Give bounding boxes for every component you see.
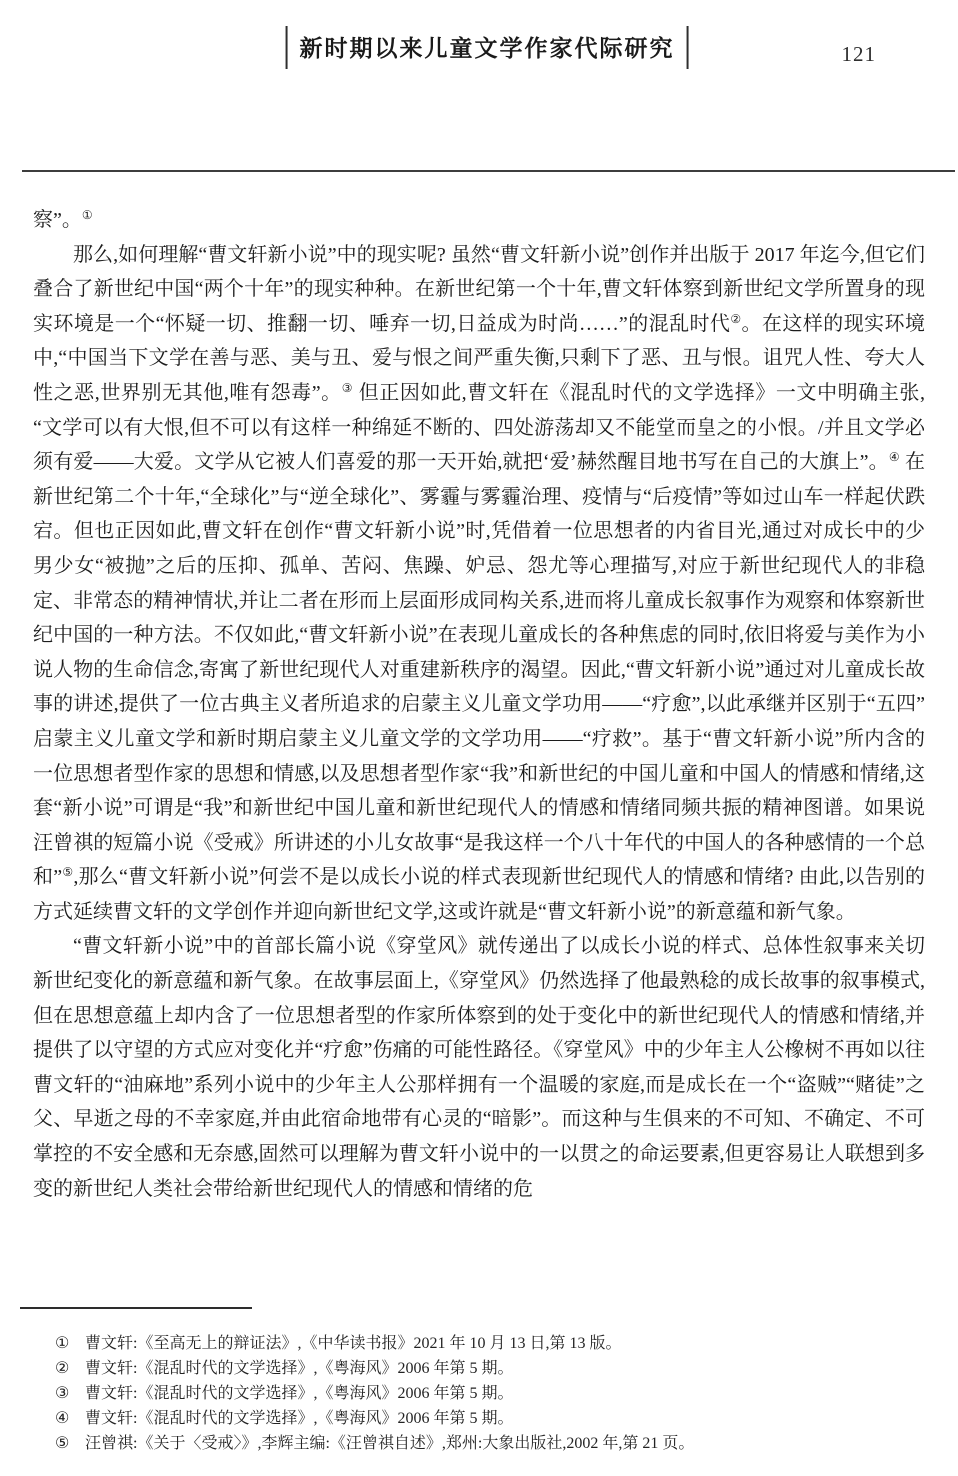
footnote-marker: ② <box>55 1356 85 1381</box>
footnote-ref: ④ <box>889 450 900 464</box>
footnote-marker: ⑤ <box>55 1431 85 1456</box>
text-segment: 察”。 <box>33 209 82 231</box>
scanned-journal-page: { "header": { "title": "新时期以来儿童文学作家代际研究"… <box>0 0 958 1476</box>
footnote-marker: ④ <box>55 1406 85 1431</box>
footnote-text: 曹文轩:《至高无上的辩证法》,《中华读书报》2021 年 10 月 13 日,第… <box>85 1331 925 1356</box>
footnote-text: 曹文轩:《混乱时代的文学选择》,《粤海风》2006 年第 5 期。 <box>85 1356 925 1381</box>
paragraph: “曹文轩新小说”中的首部长篇小说《穿堂风》就传递出了以成长小说的样式、总体性叙事… <box>33 929 925 1206</box>
text-segment: “曹文轩新小说”中的首部长篇小说《穿堂风》就传递出了以成长小说的样式、总体性叙事… <box>33 935 925 1199</box>
footnote-list: ①曹文轩:《至高无上的辩证法》,《中华读书报》2021 年 10 月 13 日,… <box>20 1331 925 1456</box>
footnote-ref: ⑤ <box>62 865 73 879</box>
footnotes-section: ①曹文轩:《至高无上的辩证法》,《中华读书报》2021 年 10 月 13 日,… <box>20 1307 925 1456</box>
footnote-text: 曹文轩:《混乱时代的文学选择》,《粤海风》2006 年第 5 期。 <box>85 1381 925 1406</box>
footnote-marker: ① <box>55 1331 85 1356</box>
footnote-text: 汪曾祺:《关于〈受戒〉》,李辉主编:《汪曾祺自述》,郑州:大象出版社,2002 … <box>85 1431 925 1456</box>
running-title: 新时期以来儿童文学作家代际研究 <box>286 26 689 69</box>
page-number: 121 <box>842 42 877 67</box>
text-segment: 在新世纪第二个十年,“全球化”与“逆全球化”、雾霾与雾霾治理、疫情与“后疫情”等… <box>33 451 925 888</box>
header-rule <box>22 170 955 172</box>
article-body: 察”。①那么,如何理解“曹文轩新小说”中的现实呢? 虽然“曹文轩新小说”创作并出… <box>33 203 925 1206</box>
footnote-item: ④曹文轩:《混乱时代的文学选择》,《粤海风》2006 年第 5 期。 <box>55 1406 925 1431</box>
paragraph: 那么,如何理解“曹文轩新小说”中的现实呢? 虽然“曹文轩新小说”创作并出版于 2… <box>33 238 925 930</box>
paragraph: 察”。① <box>33 203 925 238</box>
footnote-item: ⑤汪曾祺:《关于〈受戒〉》,李辉主编:《汪曾祺自述》,郑州:大象出版社,2002… <box>55 1431 925 1456</box>
footnote-item: ③曹文轩:《混乱时代的文学选择》,《粤海风》2006 年第 5 期。 <box>55 1381 925 1406</box>
footnote-ref: ② <box>730 312 741 326</box>
footnote-item: ②曹文轩:《混乱时代的文学选择》,《粤海风》2006 年第 5 期。 <box>55 1356 925 1381</box>
footnote-marker: ③ <box>55 1381 85 1406</box>
footnote-ref: ③ <box>342 381 353 395</box>
footnote-text: 曹文轩:《混乱时代的文学选择》,《粤海风》2006 年第 5 期。 <box>85 1406 925 1431</box>
footnote-ref: ① <box>82 208 93 222</box>
text-segment: ,那么“曹文轩新小说”何尝不是以成长小说的样式表现新世纪现代人的情感和情绪? 由… <box>33 866 925 923</box>
footnote-separator <box>20 1307 252 1309</box>
footnote-item: ①曹文轩:《至高无上的辩证法》,《中华读书报》2021 年 10 月 13 日,… <box>55 1331 925 1356</box>
